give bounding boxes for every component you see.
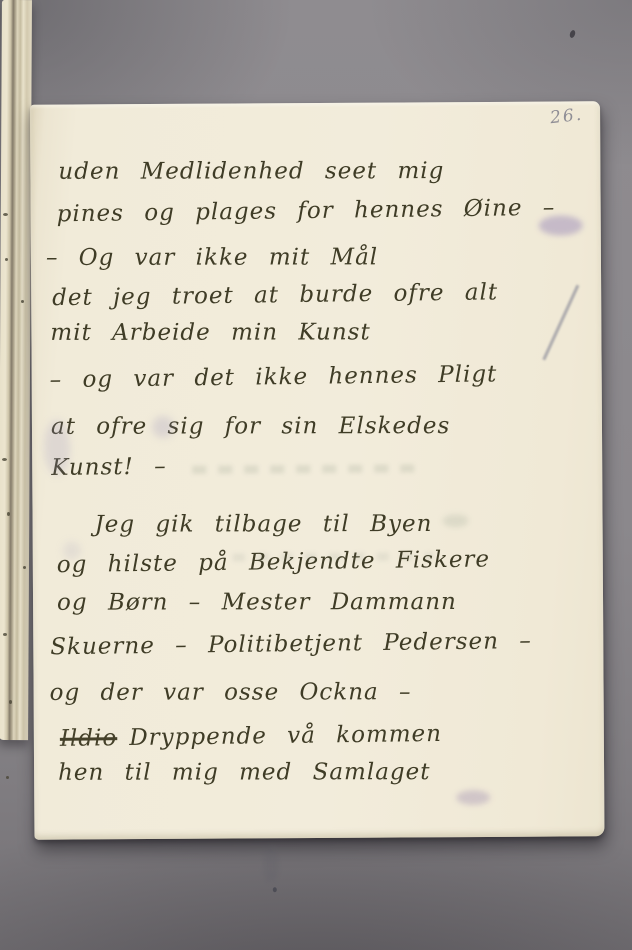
ink-speck	[5, 258, 8, 261]
handwriting-text: Kunst! –	[51, 454, 167, 482]
handwriting-text: Dryppende vå kommen	[129, 721, 442, 751]
manuscript-line: – Og var ikke mit Mål	[46, 244, 378, 271]
manuscript-line: Jeg gik tilbage til Byen	[95, 511, 433, 538]
ink-speck	[9, 700, 12, 704]
manuscript-line: uden Medlidenhed seet mig	[58, 158, 444, 185]
book-page-edges	[0, 0, 32, 740]
handwriting-text: og hilste på Bekjendte Fiskere	[57, 546, 491, 578]
manuscript-line: Skuerne – Politibetjent Pedersen –	[50, 628, 532, 660]
manuscript-line: mit Arbeide min Kunst	[50, 319, 370, 346]
handwriting-text: og der var osse Ockna –	[50, 679, 412, 706]
ink-speck	[3, 633, 7, 636]
manuscript-line: – og var det ikke hennes Pligt	[50, 361, 498, 393]
stitch-mark	[23, 566, 26, 569]
manuscript-line: Kunst! –	[51, 454, 167, 482]
notebook-page: 26. uden Medlidenhed seet mig pines og p…	[30, 101, 604, 839]
struck-out-word: Ildio	[60, 725, 118, 752]
handwriting-text: pines og plages for hennes Øine –	[57, 195, 556, 228]
handwriting-text: og Børn – Mester Dammann	[57, 589, 457, 616]
lavender-blot	[456, 790, 490, 805]
handwriting-text: uden Medlidenhed seet mig	[58, 158, 444, 185]
manuscript-line: og hilste på Bekjendte Fiskere	[57, 546, 491, 578]
manuscript-line: og Børn – Mester Dammann	[57, 589, 457, 616]
ink-speck	[3, 213, 8, 216]
handwriting-text: at ofre sig for sin Elskedes	[51, 413, 450, 440]
ink-speck	[7, 512, 10, 516]
manuscript-line: det jeg troet at burde ofre alt	[52, 279, 498, 311]
handwriting-text: Jeg gik tilbage til Byen	[95, 511, 433, 538]
stitch-mark	[21, 300, 24, 303]
handwriting-text: Skuerne – Politibetjent Pedersen –	[50, 628, 532, 660]
manuscript-line: og der var osse Ockna –	[50, 679, 412, 706]
handwriting-text: det jeg troet at burde ofre alt	[52, 279, 498, 311]
handwriting-text: mit Arbeide min Kunst	[50, 319, 370, 346]
manuscript-photo: 26. uden Medlidenhed seet mig pines og p…	[0, 0, 632, 950]
diagonal-streak	[542, 285, 579, 361]
handwriting-text: – Og var ikke mit Mål	[46, 244, 378, 271]
manuscript-line: hen til mig med Samlaget	[58, 759, 430, 786]
manuscript-line: IldioDryppende vå kommen	[60, 721, 442, 752]
faint-smudge	[443, 514, 469, 527]
manuscript-line: pines og plages for hennes Øine –	[57, 195, 556, 228]
ink-speck	[2, 458, 7, 461]
page-number: 26.	[549, 105, 584, 129]
ghost-writing-trace	[192, 464, 422, 473]
handwriting-text: hen til mig med Samlaget	[58, 759, 430, 786]
ink-speck	[6, 776, 9, 779]
handwriting-text: – og var det ikke hennes Pligt	[50, 361, 498, 393]
manuscript-line: at ofre sig for sin Elskedes	[51, 413, 450, 440]
